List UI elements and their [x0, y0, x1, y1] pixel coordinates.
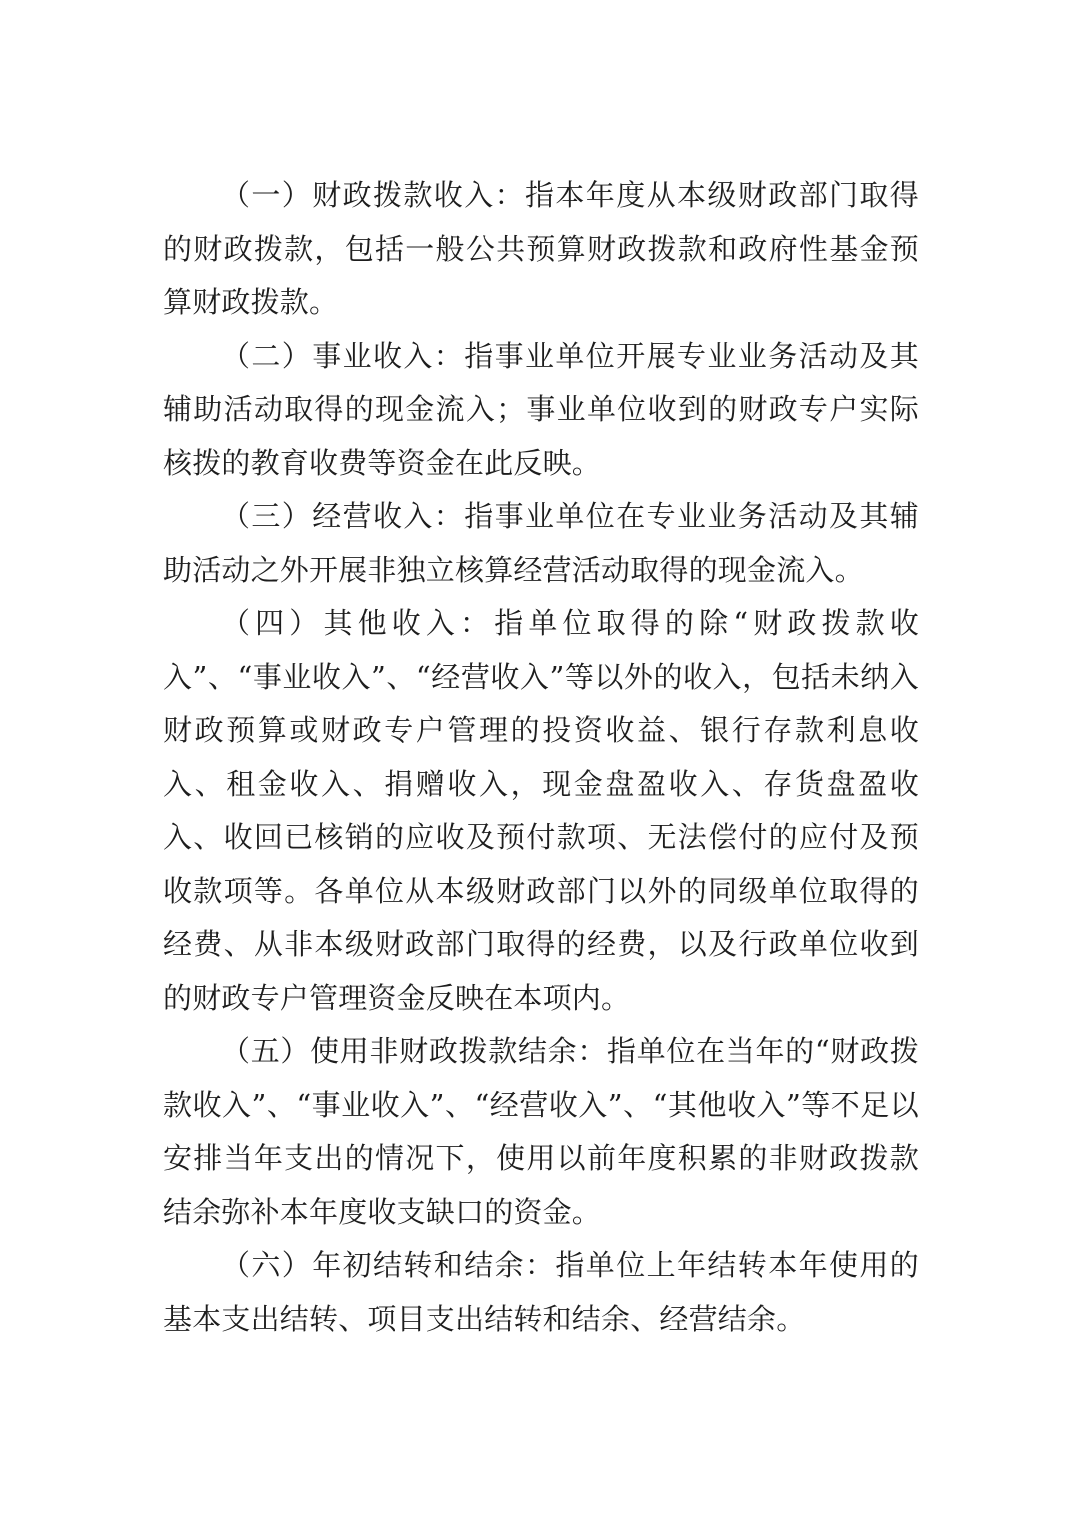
paragraph-carryover-and-surplus: （六）年初结转和结余：指单位上年结转本年使用的基本支出结转、项目支出结转和结余、…	[163, 1239, 919, 1346]
paragraph-business-income: （三）经营收入：指事业单位在专业业务活动及其辅助活动之外开展非独立核算经营活动取…	[163, 490, 919, 597]
paragraph-fiscal-appropriation-income: （一）财政拨款收入：指本年度从本级财政部门取得的财政拨款，包括一般公共预算财政拨…	[163, 169, 919, 330]
paragraph-use-of-non-fiscal-surplus: （五）使用非财政拨款结余：指单位在当年的“财政拨款收入”、“事业收入”、“经营收…	[163, 1025, 919, 1239]
paragraph-other-income: （四）其他收入：指单位取得的除“财政拨款收入”、“事业收入”、“经营收入”等以外…	[163, 597, 919, 1025]
document-body: （一）财政拨款收入：指本年度从本级财政部门取得的财政拨款，包括一般公共预算财政拨…	[163, 169, 919, 1346]
document-page: （一）财政拨款收入：指本年度从本级财政部门取得的财政拨款，包括一般公共预算财政拨…	[0, 0, 1075, 1521]
paragraph-operating-institution-income: （二）事业收入：指事业单位开展专业业务活动及其辅助活动取得的现金流入；事业单位收…	[163, 330, 919, 491]
